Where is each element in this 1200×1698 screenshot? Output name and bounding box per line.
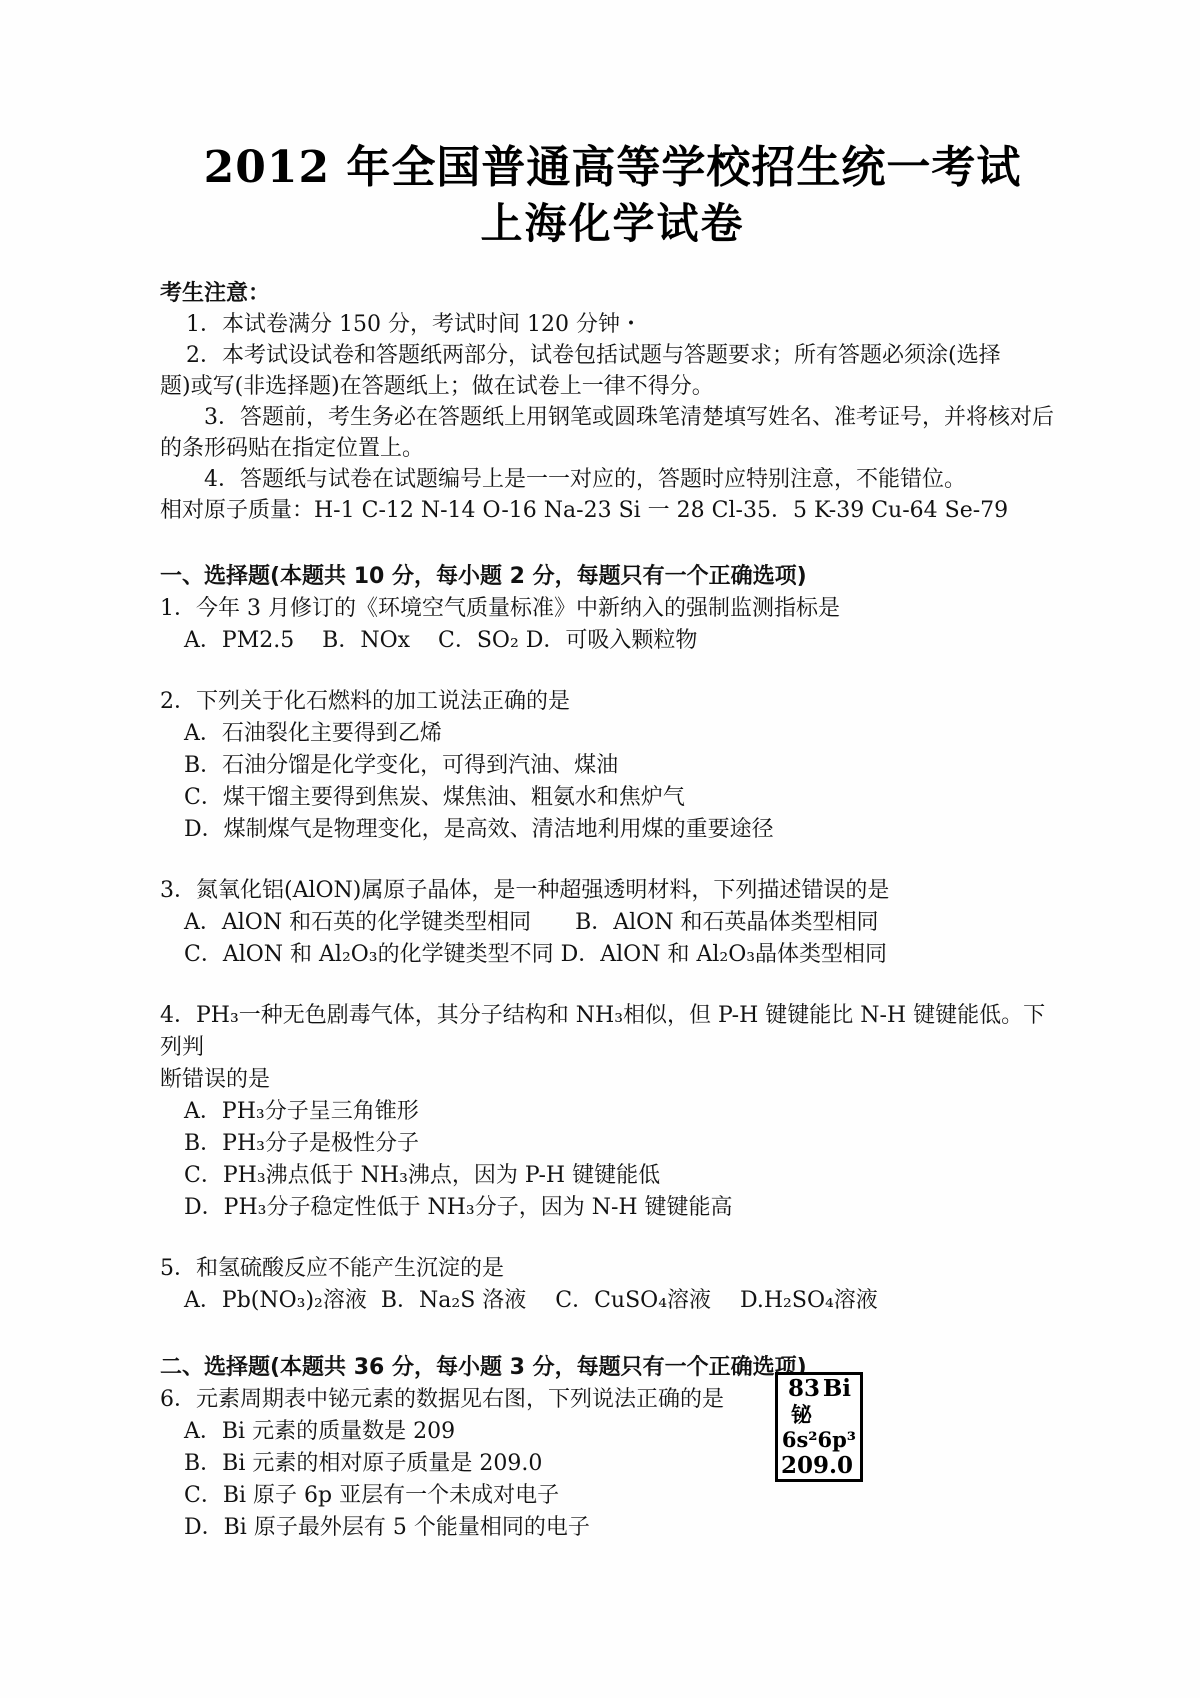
element-electron-config: 6s²6p³ bbox=[778, 1427, 860, 1453]
question-line: B．石油分馏是化学变化，可得到汽油、煤油 bbox=[160, 750, 1065, 782]
question-line: A．AlON 和石英的化学键类型相同 B．AlON 和石英晶体类型相同 bbox=[160, 907, 1065, 939]
question-line: A．石油裂化主要得到乙烯 bbox=[160, 718, 1065, 750]
element-atomic-mass: 209.0 bbox=[778, 1453, 860, 1479]
section-heading: 一、选择题(本题共 10 分，每小题 2 分，每题只有一个正确选项) bbox=[160, 561, 1065, 593]
doc-title-line2: 上海化学试卷 bbox=[160, 196, 1065, 252]
question-line: A．PH₃分子呈三角锥形 bbox=[160, 1096, 1065, 1128]
question: 6．元素周期表中铋元素的数据见右图，下列说法正确的是A．Bi 元素的质量数是 2… bbox=[160, 1384, 1065, 1544]
question-section: 二、选择题(本题共 36 分，每小题 3 分，每题只有一个正确选项)6．元素周期… bbox=[160, 1352, 1065, 1544]
question-line: D．煤制煤气是物理变化，是高效、清洁地利用煤的重要途径 bbox=[160, 814, 1065, 846]
notice-line: 相对原子质量：H-1 C-12 N-14 O-16 Na-23 Si 一 28 … bbox=[160, 495, 1065, 526]
question: 1．今年 3 月修订的《环境空气质量标准》中新纳入的强制监测指标是A．PM2.5… bbox=[160, 593, 1065, 657]
question-line: A．PM2.5 B．NOx C．SO₂ D．可吸入颗粒物 bbox=[160, 625, 1065, 657]
question-line: A．Pb(NO₃)₂溶液 B．Na₂S 洛液 C．CuSO₄溶液 D.H₂SO₄… bbox=[160, 1285, 1065, 1317]
question: 2．下列关于化石燃料的加工说法正确的是A．石油裂化主要得到乙烯B．石油分馏是化学… bbox=[160, 686, 1065, 846]
element-card: 83 Bi 铋 6s²6p³ 209.0 bbox=[775, 1372, 863, 1482]
notice-line: 题)或写(非选择题)在答题纸上；做在试卷上一律不得分。 bbox=[160, 371, 1065, 402]
question-line: 断错误的是 bbox=[160, 1064, 1065, 1096]
question-line: 4．PH₃一种无色剧毒气体，其分子结构和 NH₃相似，但 P-H 键键能比 N-… bbox=[160, 1000, 1065, 1064]
section-heading: 二、选择题(本题共 36 分，每小题 3 分，每题只有一个正确选项) bbox=[160, 1352, 1065, 1384]
question-line: 3．氮氧化铝(AlON)属原子晶体，是一种超强透明材料，下列描述错误的是 bbox=[160, 875, 1065, 907]
element-name: 铋 bbox=[778, 1402, 860, 1427]
question-section: 一、选择题(本题共 10 分，每小题 2 分，每题只有一个正确选项)1．今年 3… bbox=[160, 561, 1065, 1317]
question-line: 2．下列关于化石燃料的加工说法正确的是 bbox=[160, 686, 1065, 718]
question-line: B．Bi 元素的相对原子质量是 209.0 bbox=[160, 1448, 1065, 1480]
question: 3．氮氧化铝(AlON)属原子晶体，是一种超强透明材料，下列描述错误的是A．Al… bbox=[160, 875, 1065, 971]
sections-container: 一、选择题(本题共 10 分，每小题 2 分，每题只有一个正确选项)1．今年 3… bbox=[160, 561, 1065, 1544]
document-content: 2012 年全国普通高等学校招生统一考试 上海化学试卷 考生注意： 1．本试卷满… bbox=[160, 140, 1065, 1544]
notice-line: 4．答题纸与试卷在试题编号上是一一对应的，答题时应特别注意，不能错位。 bbox=[160, 464, 1065, 495]
notice-line: 1．本试卷满分 150 分，考试时间 120 分钟・ bbox=[160, 309, 1065, 340]
notice-line: 2．本考试设试卷和答题纸两部分，试卷包括试题与答题要求；所有答题必须涂(选择 bbox=[160, 340, 1065, 371]
question: 4．PH₃一种无色剧毒气体，其分子结构和 NH₃相似，但 P-H 键键能比 N-… bbox=[160, 1000, 1065, 1224]
question-line: 6．元素周期表中铋元素的数据见右图，下列说法正确的是 bbox=[160, 1384, 1065, 1416]
question-line: D．PH₃分子稳定性低于 NH₃分子，因为 N-H 键键能高 bbox=[160, 1192, 1065, 1224]
question-line: C．PH₃沸点低于 NH₃沸点，因为 P-H 键键能低 bbox=[160, 1160, 1065, 1192]
question-line: 1．今年 3 月修订的《环境空气质量标准》中新纳入的强制监测指标是 bbox=[160, 593, 1065, 625]
question-line: C．Bi 原子 6p 亚层有一个未成对电子 bbox=[160, 1480, 1065, 1512]
question-line: A．Bi 元素的质量数是 209 bbox=[160, 1416, 1065, 1448]
element-card-top-row: 83 Bi bbox=[778, 1375, 860, 1402]
element-atomic-number: 83 bbox=[788, 1376, 820, 1402]
question-line: 5．和氢硫酸反应不能产生沉淀的是 bbox=[160, 1253, 1065, 1285]
notice-lines: 1．本试卷满分 150 分，考试时间 120 分钟・2．本考试设试卷和答题纸两部… bbox=[160, 309, 1065, 526]
notice: 考生注意： 1．本试卷满分 150 分，考试时间 120 分钟・2．本考试设试卷… bbox=[160, 278, 1065, 526]
element-symbol: Bi bbox=[823, 1376, 851, 1402]
notice-heading: 考生注意： bbox=[160, 278, 1065, 309]
question-line: C．AlON 和 Al₂O₃的化学键类型不同 D．AlON 和 Al₂O₃晶体类… bbox=[160, 939, 1065, 971]
notice-line: 的条形码贴在指定位置上。 bbox=[160, 433, 1065, 464]
question-line: C．煤干馏主要得到焦炭、煤焦油、粗氨水和焦炉气 bbox=[160, 782, 1065, 814]
doc-title-line1: 2012 年全国普通高等学校招生统一考试 bbox=[160, 140, 1065, 196]
notice-line: 3．答题前，考生务必在答题纸上用钢笔或圆珠笔清楚填写姓名、准考证号，并将核对后 bbox=[160, 402, 1065, 433]
question: 5．和氢硫酸反应不能产生沉淀的是A．Pb(NO₃)₂溶液 B．Na₂S 洛液 C… bbox=[160, 1253, 1065, 1317]
exam-paper-page: 2012 年全国普通高等学校招生统一考试 上海化学试卷 考生注意： 1．本试卷满… bbox=[0, 0, 1200, 1698]
question-line: D．Bi 原子最外层有 5 个能量相同的电子 bbox=[160, 1512, 1065, 1544]
question-line: B．PH₃分子是极性分子 bbox=[160, 1128, 1065, 1160]
